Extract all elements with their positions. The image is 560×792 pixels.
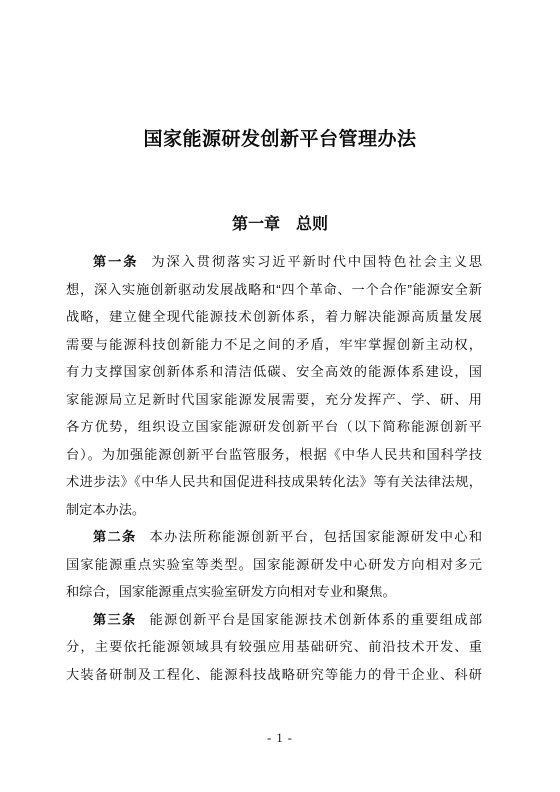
text-line: 第三条能源创新平台是国家能源技术创新体系的重要组成部	[66, 606, 482, 634]
text-line: 大装备研制及工程化、能源科技战略研究等能力的骨干企业、科研	[66, 661, 482, 689]
article-label: 第一条	[93, 254, 138, 269]
text-line: 国家能源重点实验室等类型。国家能源研发中心研发方向相对多元	[66, 551, 482, 579]
text-line: 术进步法》《中华人民共和国促进科技成果转化法》等有关法律法规，	[66, 468, 482, 496]
text-line: 需要与能源科技创新能力不足之间的矛盾，牢牢掌握创新主动权，	[66, 331, 482, 359]
text-line: 想，深入实施创新驱动发展战略和“四个革命、一个合作”能源安全新	[66, 276, 482, 304]
document-page: 国家能源研发创新平台管理办法 第一章 总则 第一条为深入贯彻落实习近平新时代中国…	[0, 0, 560, 792]
article-label: 第三条	[93, 612, 137, 627]
chapter-heading: 第一章 总则	[0, 214, 560, 236]
article-label: 第二条	[93, 529, 137, 544]
text-line: 第二条本办法所称能源创新平台，包括国家能源研发中心和	[66, 523, 482, 551]
text-line: 台）。为加强能源创新平台监管服务，根据《中华人民共和国科学技	[66, 441, 482, 469]
document-body: 第一条为深入贯彻落实习近平新时代中国特色社会主义思想，深入实施创新驱动发展战略和…	[66, 248, 482, 688]
text-line: 战略，建立健全现代能源技术创新体系，着力解决能源高质量发展	[66, 303, 482, 331]
text-line: 和综合，国家能源重点实验室研发方向相对专业和聚焦。	[66, 578, 482, 606]
text-line: 分，主要依托能源领域具有较强应用基础研究、前沿技术开发、重	[66, 633, 482, 661]
text-line: 家能源局立足新时代国家能源发展需要，充分发挥产、学、研、用	[66, 386, 482, 414]
document-title: 国家能源研发创新平台管理办法	[0, 127, 560, 153]
text-line: 各方优势，组织设立国家能源研发创新平台（以下简称能源创新平	[66, 413, 482, 441]
text-line: 有力支撑国家创新体系和清洁低碳、安全高效的能源体系建设，国	[66, 358, 482, 386]
text-line: 第一条为深入贯彻落实习近平新时代中国特色社会主义思	[66, 248, 482, 276]
text-line: 制定本办法。	[66, 496, 482, 524]
page-number: - 1 -	[0, 731, 560, 746]
